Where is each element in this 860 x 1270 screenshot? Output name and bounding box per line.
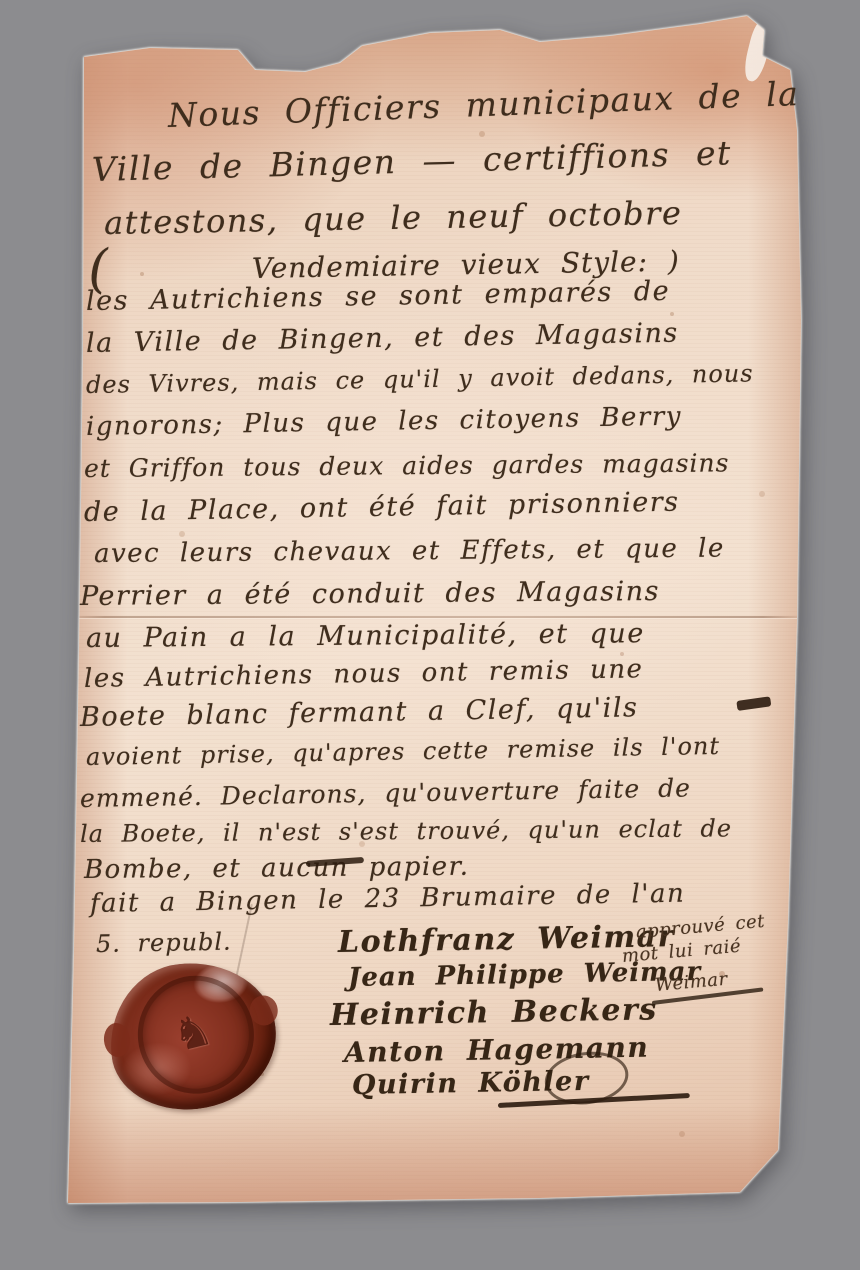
photo-stage: Nous Officiers municipaux de laVille de … (0, 0, 860, 1270)
manuscript-line: les Autrichiens nous ont remis une (84, 654, 644, 694)
manuscript-line: emmené. Declarons, qu'ouverture faite de (80, 773, 691, 813)
manuscript-line: ignorons; Plus que les citoyens Berry (86, 402, 682, 442)
manuscript-line: et Griffon tous deux aides gardes magasi… (84, 448, 730, 483)
manuscript-line: 5. republ. (96, 928, 232, 958)
manuscript-line: fait a Bingen le 23 Brumaire de l'an (90, 879, 686, 919)
signature: Heinrich Beckers (330, 992, 658, 1033)
manuscript-line: Boete blanc fermant a Clef, qu'ils (80, 692, 639, 733)
manuscript-line: Bombe, et aucun papier. (84, 852, 470, 885)
manuscript-line: la Ville de Bingen, et des Magasins (86, 318, 679, 359)
manuscript-line: de la Place, ont été fait prisonniers (84, 487, 680, 528)
manuscript-line: Ville de Bingen — certiffions et (91, 133, 732, 189)
manuscript-line: au Pain a la Municipalité, et que (86, 618, 645, 654)
manuscript-line: Perrier a été conduit des Magasins (80, 576, 660, 612)
manuscript-line: des Vivres, mais ce qu'il y avoit dedans… (86, 359, 754, 399)
manuscript-line: avec leurs chevaux et Effets, et que le (94, 533, 725, 569)
manuscript-line: la Boete, il n'est s'est trouvé, qu'un e… (80, 814, 732, 848)
wax-seal: ♞ (103, 955, 283, 1118)
manuscript-line: les Autrichiens se sont emparés de (86, 276, 671, 317)
ink-mark-blot (736, 696, 771, 711)
manuscript-line: attestons, que le neuf octobre (104, 194, 683, 242)
manuscript-line: Nous Officiers municipaux de la (167, 74, 800, 135)
manuscript-line: avoient prise, qu'apres cette remise ils… (86, 732, 720, 771)
